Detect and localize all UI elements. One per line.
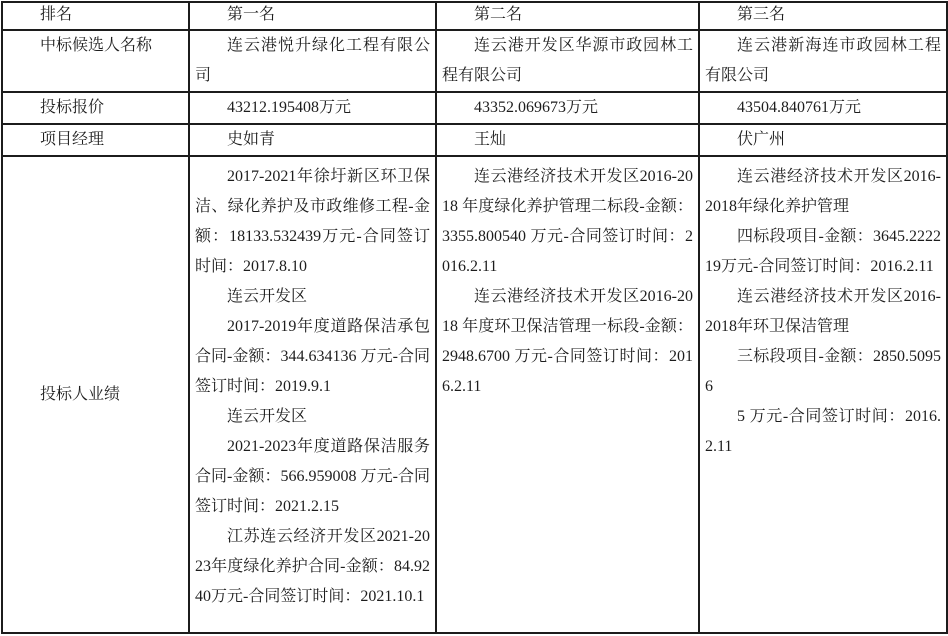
candidate-first: 连云港悦升绿化工程有限公司 (189, 30, 436, 92)
performance-first-para-6: 江苏连云经济开发区2021-2023年度绿化养护合同-金额：84.9240万元-… (195, 522, 430, 612)
project-manager-row: 项目经理 史如青 王灿 伏广州 (2, 124, 947, 156)
candidate-third: 连云港新海连市政园林工程有限公司 (699, 30, 947, 92)
manager-third: 伏广州 (699, 124, 947, 156)
candidate-third-text: 连云港新海连市政园林工程有限公司 (705, 31, 941, 91)
performance-first-para-3: 2017-2019年度道路保洁承包合同-金额：344.634136 万元-合同签… (195, 312, 430, 402)
candidate-second: 连云港开发区华源市政园林工程有限公司 (436, 30, 699, 92)
bidder-performance-row: 投标人业绩 2017-2021年徐圩新区环卫保洁、绿化养护及市政维修工程-金额：… (2, 156, 947, 633)
header-cell-rank: 排名 (2, 2, 189, 30)
performance-third-para-1: 连云港经济技术开发区2016-2018年绿化养护管理 (705, 162, 941, 222)
manager-second: 王灿 (436, 124, 699, 156)
performance-first-para-4: 连云开发区 (195, 402, 430, 432)
performance-second-para-1: 连云港经济技术开发区2016-2018 年度绿化养护管理二标段-金额：3355.… (442, 162, 693, 282)
header-cell-second-place: 第二名 (436, 2, 699, 30)
price-row-label: 投标报价 (2, 92, 189, 124)
candidate-name-row: 中标候选人名称 连云港悦升绿化工程有限公司 连云港开发区华源市政园林工程有限公司… (2, 30, 947, 92)
performance-first-para-2: 连云开发区 (195, 282, 430, 312)
performance-first: 2017-2021年徐圩新区环卫保洁、绿化养护及市政维修工程-金额：18133.… (189, 156, 436, 633)
performance-third-para-2: 四标段项目-金额：3645.222219万元-合同签订时间：2016.2.11 (705, 222, 941, 282)
candidate-first-text: 连云港悦升绿化工程有限公司 (195, 31, 430, 91)
candidate-second-text: 连云港开发区华源市政园林工程有限公司 (442, 31, 693, 91)
performance-second-para-2: 连云港经济技术开发区2016-2018 年度环卫保洁管理一标段-金额：2948.… (442, 282, 693, 402)
manager-first: 史如青 (189, 124, 436, 156)
performance-first-para-1: 2017-2021年徐圩新区环卫保洁、绿化养护及市政维修工程-金额：18133.… (195, 162, 430, 282)
bid-price-row: 投标报价 43212.195408万元 43352.069673万元 43504… (2, 92, 947, 124)
performance-third: 连云港经济技术开发区2016-2018年绿化养护管理 四标段项目-金额：3645… (699, 156, 947, 633)
performance-third-para-5: 5 万元-合同签订时间：2016.2.11 (705, 402, 941, 462)
performance-third-para-4: 三标段项目-金额：2850.50956 (705, 342, 941, 402)
price-third: 43504.840761万元 (699, 92, 947, 124)
manager-row-label: 项目经理 (2, 124, 189, 156)
header-row: 排名 第一名 第二名 第三名 (2, 2, 947, 30)
header-cell-third-place: 第三名 (699, 2, 947, 30)
performance-third-para-3: 连云港经济技术开发区2016-2018年环卫保洁管理 (705, 282, 941, 342)
header-cell-first-place: 第一名 (189, 2, 436, 30)
price-second: 43352.069673万元 (436, 92, 699, 124)
bid-results-table: 排名 第一名 第二名 第三名 中标候选人名称 连云港悦升绿化工程有限公司 连云港… (1, 1, 948, 634)
performance-second: 连云港经济技术开发区2016-2018 年度绿化养护管理二标段-金额：3355.… (436, 156, 699, 633)
document-page: 排名 第一名 第二名 第三名 中标候选人名称 连云港悦升绿化工程有限公司 连云港… (0, 0, 948, 636)
price-first: 43212.195408万元 (189, 92, 436, 124)
performance-row-label: 投标人业绩 (2, 156, 189, 633)
candidate-row-label: 中标候选人名称 (2, 30, 189, 92)
performance-first-para-5: 2021-2023年度道路保洁服务合同-金额：566.959008 万元-合同签… (195, 432, 430, 522)
